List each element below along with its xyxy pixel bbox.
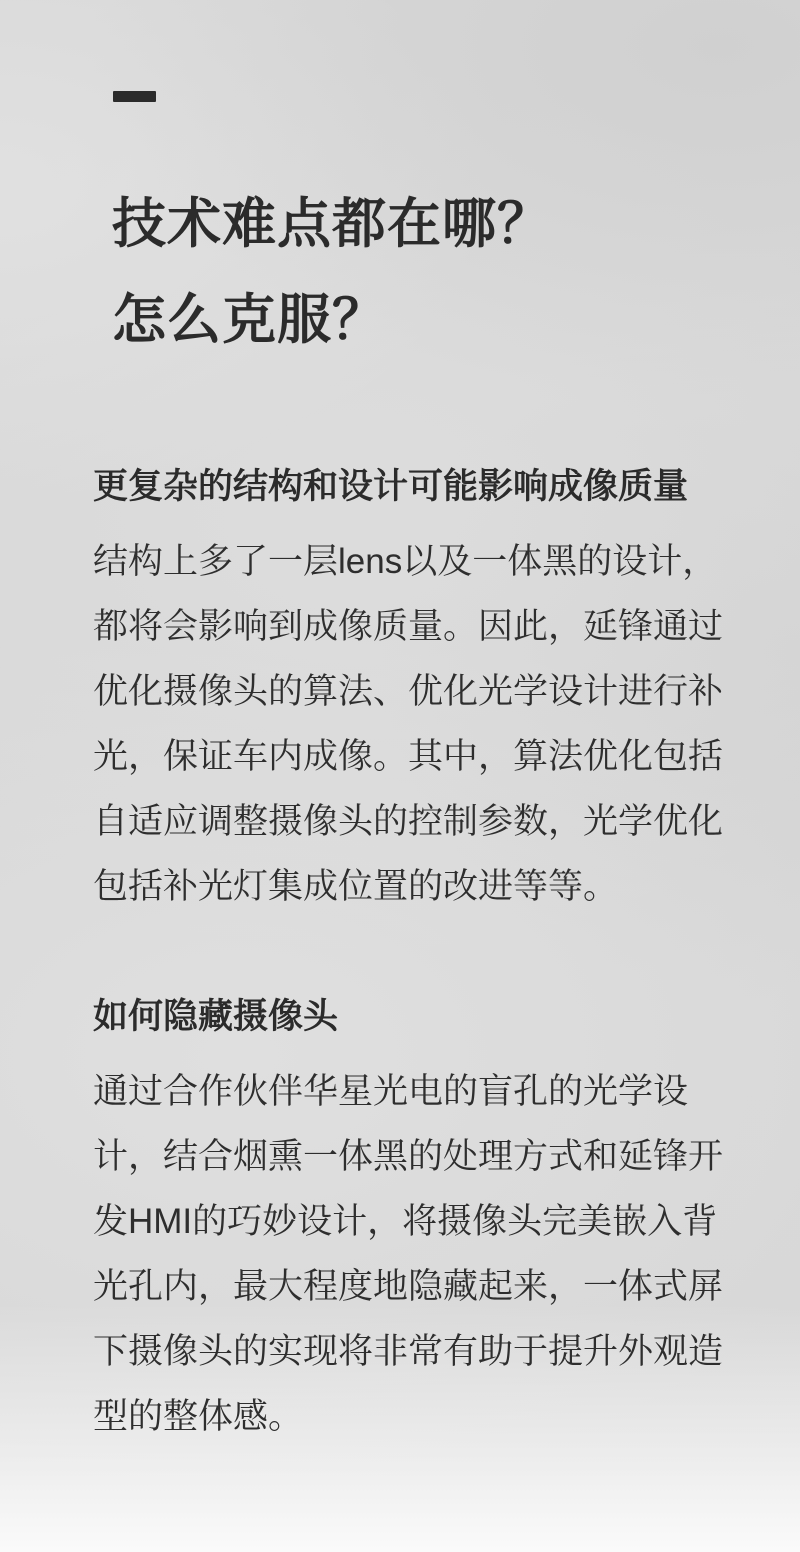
paragraph-line: 优化摄像头的算法、优化光学设计进行补	[93, 659, 753, 724]
paragraph-line: 型的整体感。	[93, 1384, 753, 1449]
paragraph-line: 结构上多了一层lens以及一体黑的设计，	[93, 529, 753, 594]
paragraph-line: 发HMI的巧妙设计，将摄像头完美嵌入背	[93, 1189, 753, 1254]
paragraph-line: 通过合作伙伴华星光电的盲孔的光学设	[93, 1059, 753, 1124]
paragraph-line: 包括补光灯集成位置的改进等等。	[93, 854, 753, 919]
paragraph-line: 都将会影响到成像质量。因此，延锋通过	[93, 594, 753, 659]
section-hide-camera: 如何隐藏摄像头 通过合作伙伴华星光电的盲孔的光学设 计，结合烟熏一体黑的处理方式…	[93, 996, 753, 1449]
section-imaging-quality-heading: 更复杂的结构和设计可能影响成像质量	[93, 466, 753, 508]
section-hide-camera-heading: 如何隐藏摄像头	[93, 996, 753, 1038]
section-imaging-quality: 更复杂的结构和设计可能影响成像质量 结构上多了一层lens以及一体黑的设计， 都…	[93, 466, 753, 919]
section-marker-dash	[113, 91, 156, 102]
section-hide-camera-paragraph: 通过合作伙伴华星光电的盲孔的光学设 计，结合烟熏一体黑的处理方式和延锋开 发HM…	[93, 1059, 753, 1449]
section-imaging-quality-paragraph: 结构上多了一层lens以及一体黑的设计， 都将会影响到成像质量。因此，延锋通过 …	[93, 529, 753, 919]
paragraph-line: 下摄像头的实现将非常有助于提升外观造	[93, 1319, 753, 1384]
paragraph-line: 自适应调整摄像头的控制参数，光学优化	[93, 789, 753, 854]
page-title-line-1: 技术难点都在哪？	[112, 176, 552, 272]
paragraph-line: 计，结合烟熏一体黑的处理方式和延锋开	[93, 1124, 753, 1189]
page-title-line-2: 怎么克服？	[112, 272, 552, 368]
page-title: 技术难点都在哪？ 怎么克服？	[112, 176, 552, 368]
paragraph-line: 光，保证车内成像。其中，算法优化包括	[93, 724, 753, 789]
article-page: 技术难点都在哪？ 怎么克服？ 更复杂的结构和设计可能影响成像质量 结构上多了一层…	[0, 0, 800, 1552]
paragraph-line: 光孔内，最大程度地隐藏起来，一体式屏	[93, 1254, 753, 1319]
